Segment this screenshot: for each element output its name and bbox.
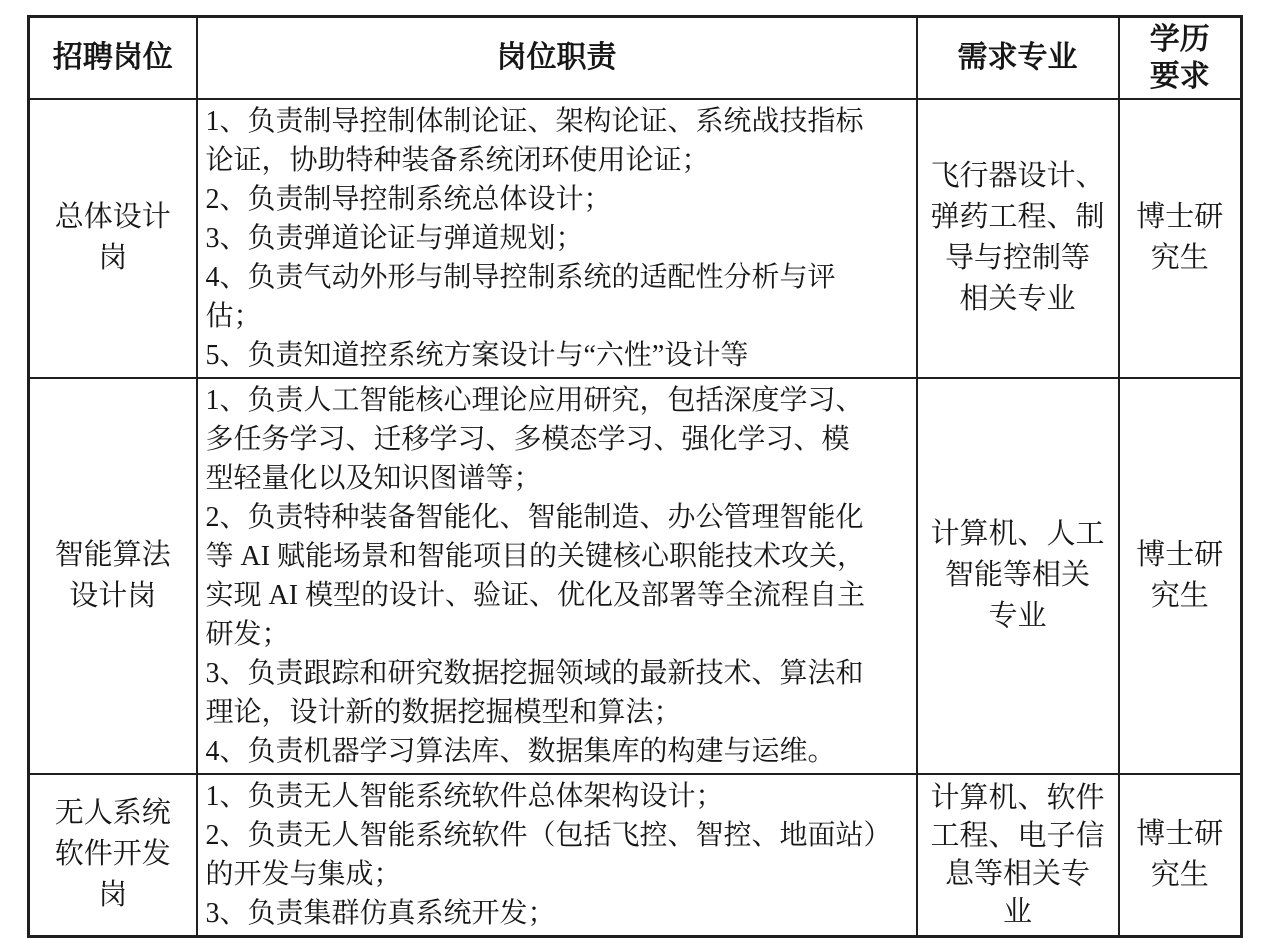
degree-cell: 博士研 究生 [1119, 99, 1242, 378]
position-cell: 总体设计 岗 [29, 99, 197, 378]
table-row: 总体设计 岗 1、负责制导控制体制论证、架构论证、系统战技指标 论证，协助特种装… [29, 99, 1242, 378]
header-duties: 岗位职责 [197, 17, 917, 99]
table-row: 智能算法 设计岗 1、负责人工智能核心理论应用研究，包括深度学习、 多任务学习、… [29, 378, 1242, 774]
degree-cell: 博士研 究生 [1119, 774, 1242, 937]
majors-cell: 计算机、软件 工程、电子信 息等相关专 业 [917, 774, 1119, 937]
header-position: 招聘岗位 [29, 17, 197, 99]
majors-cell: 计算机、人工 智能等相关 专业 [917, 378, 1119, 774]
degree-cell: 博士研 究生 [1119, 378, 1242, 774]
header-majors: 需求专业 [917, 17, 1119, 99]
majors-cell: 飞行器设计、 弹药工程、制 导与控制等 相关专业 [917, 99, 1119, 378]
recruitment-table: 招聘岗位 岗位职责 需求专业 学历 要求 总体设计 岗 1、负责制导控制体制论证… [27, 15, 1243, 938]
table-row: 无人系统 软件开发 岗 1、负责无人智能系统软件总体架构设计； 2、负责无人智能… [29, 774, 1242, 937]
document-page: 招聘岗位 岗位职责 需求专业 学历 要求 总体设计 岗 1、负责制导控制体制论证… [0, 0, 1269, 938]
recruitment-table-container: 招聘岗位 岗位职责 需求专业 学历 要求 总体设计 岗 1、负责制导控制体制论证… [27, 15, 1243, 938]
position-cell: 无人系统 软件开发 岗 [29, 774, 197, 937]
header-degree: 学历 要求 [1119, 17, 1242, 99]
duties-cell: 1、负责制导控制体制论证、架构论证、系统战技指标 论证，协助特种装备系统闭环使用… [197, 99, 917, 378]
position-cell: 智能算法 设计岗 [29, 378, 197, 774]
duties-cell: 1、负责无人智能系统软件总体架构设计； 2、负责无人智能系统软件（包括飞控、智控… [197, 774, 917, 937]
duties-cell: 1、负责人工智能核心理论应用研究，包括深度学习、 多任务学习、迁移学习、多模态学… [197, 378, 917, 774]
table-header-row: 招聘岗位 岗位职责 需求专业 学历 要求 [29, 17, 1242, 99]
